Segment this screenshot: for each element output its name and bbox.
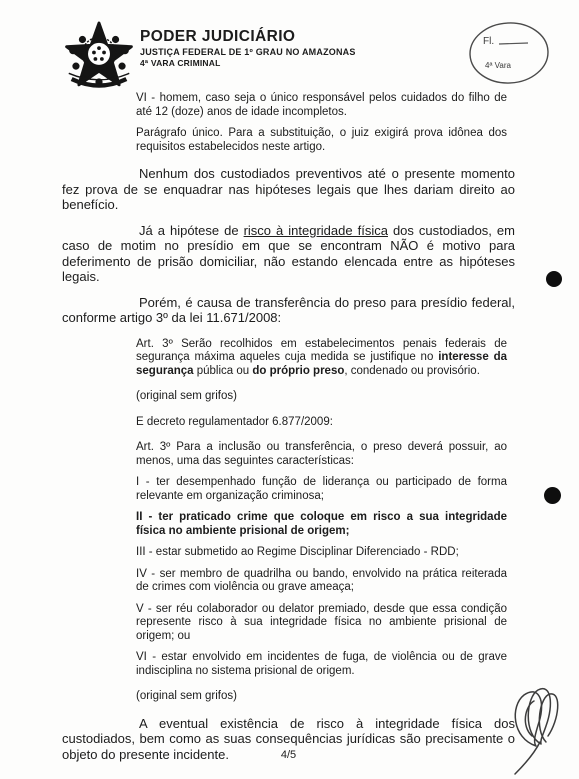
quote-text: (original sem grifos)	[136, 690, 237, 702]
quote-item-i: I - ter desempenhado função de liderança…	[136, 476, 507, 503]
quote-text: IV - ser membro de quadrilha ou bando, e…	[136, 568, 507, 594]
quote-text: VI - homem, caso seja o único responsáve…	[136, 92, 507, 118]
org-subtitle-vara: 4ª VARA CRIMINAL	[140, 59, 356, 68]
quote-text: I - ter desempenhado função de liderança…	[136, 476, 507, 502]
paragraph-text: Já a hipótese de	[139, 223, 244, 238]
org-title: PODER JUDICIÁRIO	[140, 29, 356, 45]
quote-original-sem-grifos-2: (original sem grifos)	[136, 690, 507, 704]
quote-item-ii-bold: II - ter praticado crime que coloque em …	[136, 511, 507, 538]
quote-art3-lei-11671: Art. 3º Serão recolhidos em estabelecime…	[136, 338, 507, 379]
paragraph-text: Nenhum dos custodiados preventivos até o…	[62, 166, 515, 212]
paragraph-ja-hipotese: Já a hipótese de risco à integridade fís…	[62, 223, 515, 285]
letterhead: PODER JUDICIÁRIO JUSTIÇA FEDERAL DE 1º G…	[140, 29, 356, 67]
quote-item-iv: IV - ser membro de quadrilha ou bando, e…	[136, 568, 507, 595]
quote-text: pública ou	[194, 365, 253, 377]
bold-phrase: do próprio preso	[252, 365, 344, 377]
quote-paragrafo-unico: Parágrafo único. Para a substituição, o …	[136, 127, 507, 154]
quote-art3-decreto: Art. 3º Para a inclusão ou transferência…	[136, 441, 507, 468]
quote-text: V - ser réu colaborador ou delator premi…	[136, 603, 507, 642]
quote-item-vi-homem: VI - homem, caso seja o único responsáve…	[136, 92, 507, 119]
stamp-blank-line	[499, 43, 528, 44]
brazil-coat-of-arms-icon	[63, 21, 135, 94]
paragraph-text: Porém, é causa de transferência do preso…	[62, 295, 515, 326]
quote-decreto-6877: E decreto regulamentador 6.877/2009:	[136, 416, 507, 430]
scanned-document-page: PODER JUDICIÁRIO JUSTIÇA FEDERAL DE 1º G…	[0, 0, 579, 779]
quote-text: E decreto regulamentador 6.877/2009:	[136, 416, 333, 428]
page-number: 4/5	[62, 749, 515, 761]
handwritten-signature	[496, 684, 579, 776]
org-subtitle-court: JUSTIÇA FEDERAL DE 1º GRAU NO AMAZONAS	[140, 48, 356, 57]
quote-item-v: V - ser réu colaborador ou delator premi…	[136, 603, 507, 644]
folio-stamp: Fl. 4ª Vara	[466, 20, 552, 88]
quote-text: II - ter praticado crime que coloque em …	[136, 511, 507, 537]
underlined-phrase: risco à integridade física	[244, 223, 388, 238]
stamp-fl-label: Fl.	[483, 36, 494, 47]
quote-text: Art. 3º Para a inclusão ou transferência…	[136, 441, 507, 467]
black-dot-mark-lower	[544, 487, 561, 504]
quote-text: VI - estar envolvido em incidentes de fu…	[136, 651, 507, 677]
quote-text: Parágrafo único. Para a substituição, o …	[136, 127, 507, 153]
quote-text: III - estar submetido ao Regime Discipli…	[136, 546, 459, 558]
black-dot-mark-upper	[546, 271, 562, 287]
quote-item-iii: III - estar submetido ao Regime Discipli…	[136, 546, 507, 560]
quote-original-sem-grifos-1: (original sem grifos)	[136, 390, 507, 404]
stamp-vara-label: 4ª Vara	[485, 61, 511, 70]
document-body: VI - homem, caso seja o único responsáve…	[62, 92, 515, 772]
quote-text: , condenado ou provisório.	[344, 365, 480, 377]
quote-item-vi: VI - estar envolvido em incidentes de fu…	[136, 651, 507, 678]
paragraph-nenhum: Nenhum dos custodiados preventivos até o…	[62, 166, 515, 213]
quote-text: (original sem grifos)	[136, 390, 237, 402]
paragraph-porem: Porém, é causa de transferência do preso…	[62, 295, 515, 326]
